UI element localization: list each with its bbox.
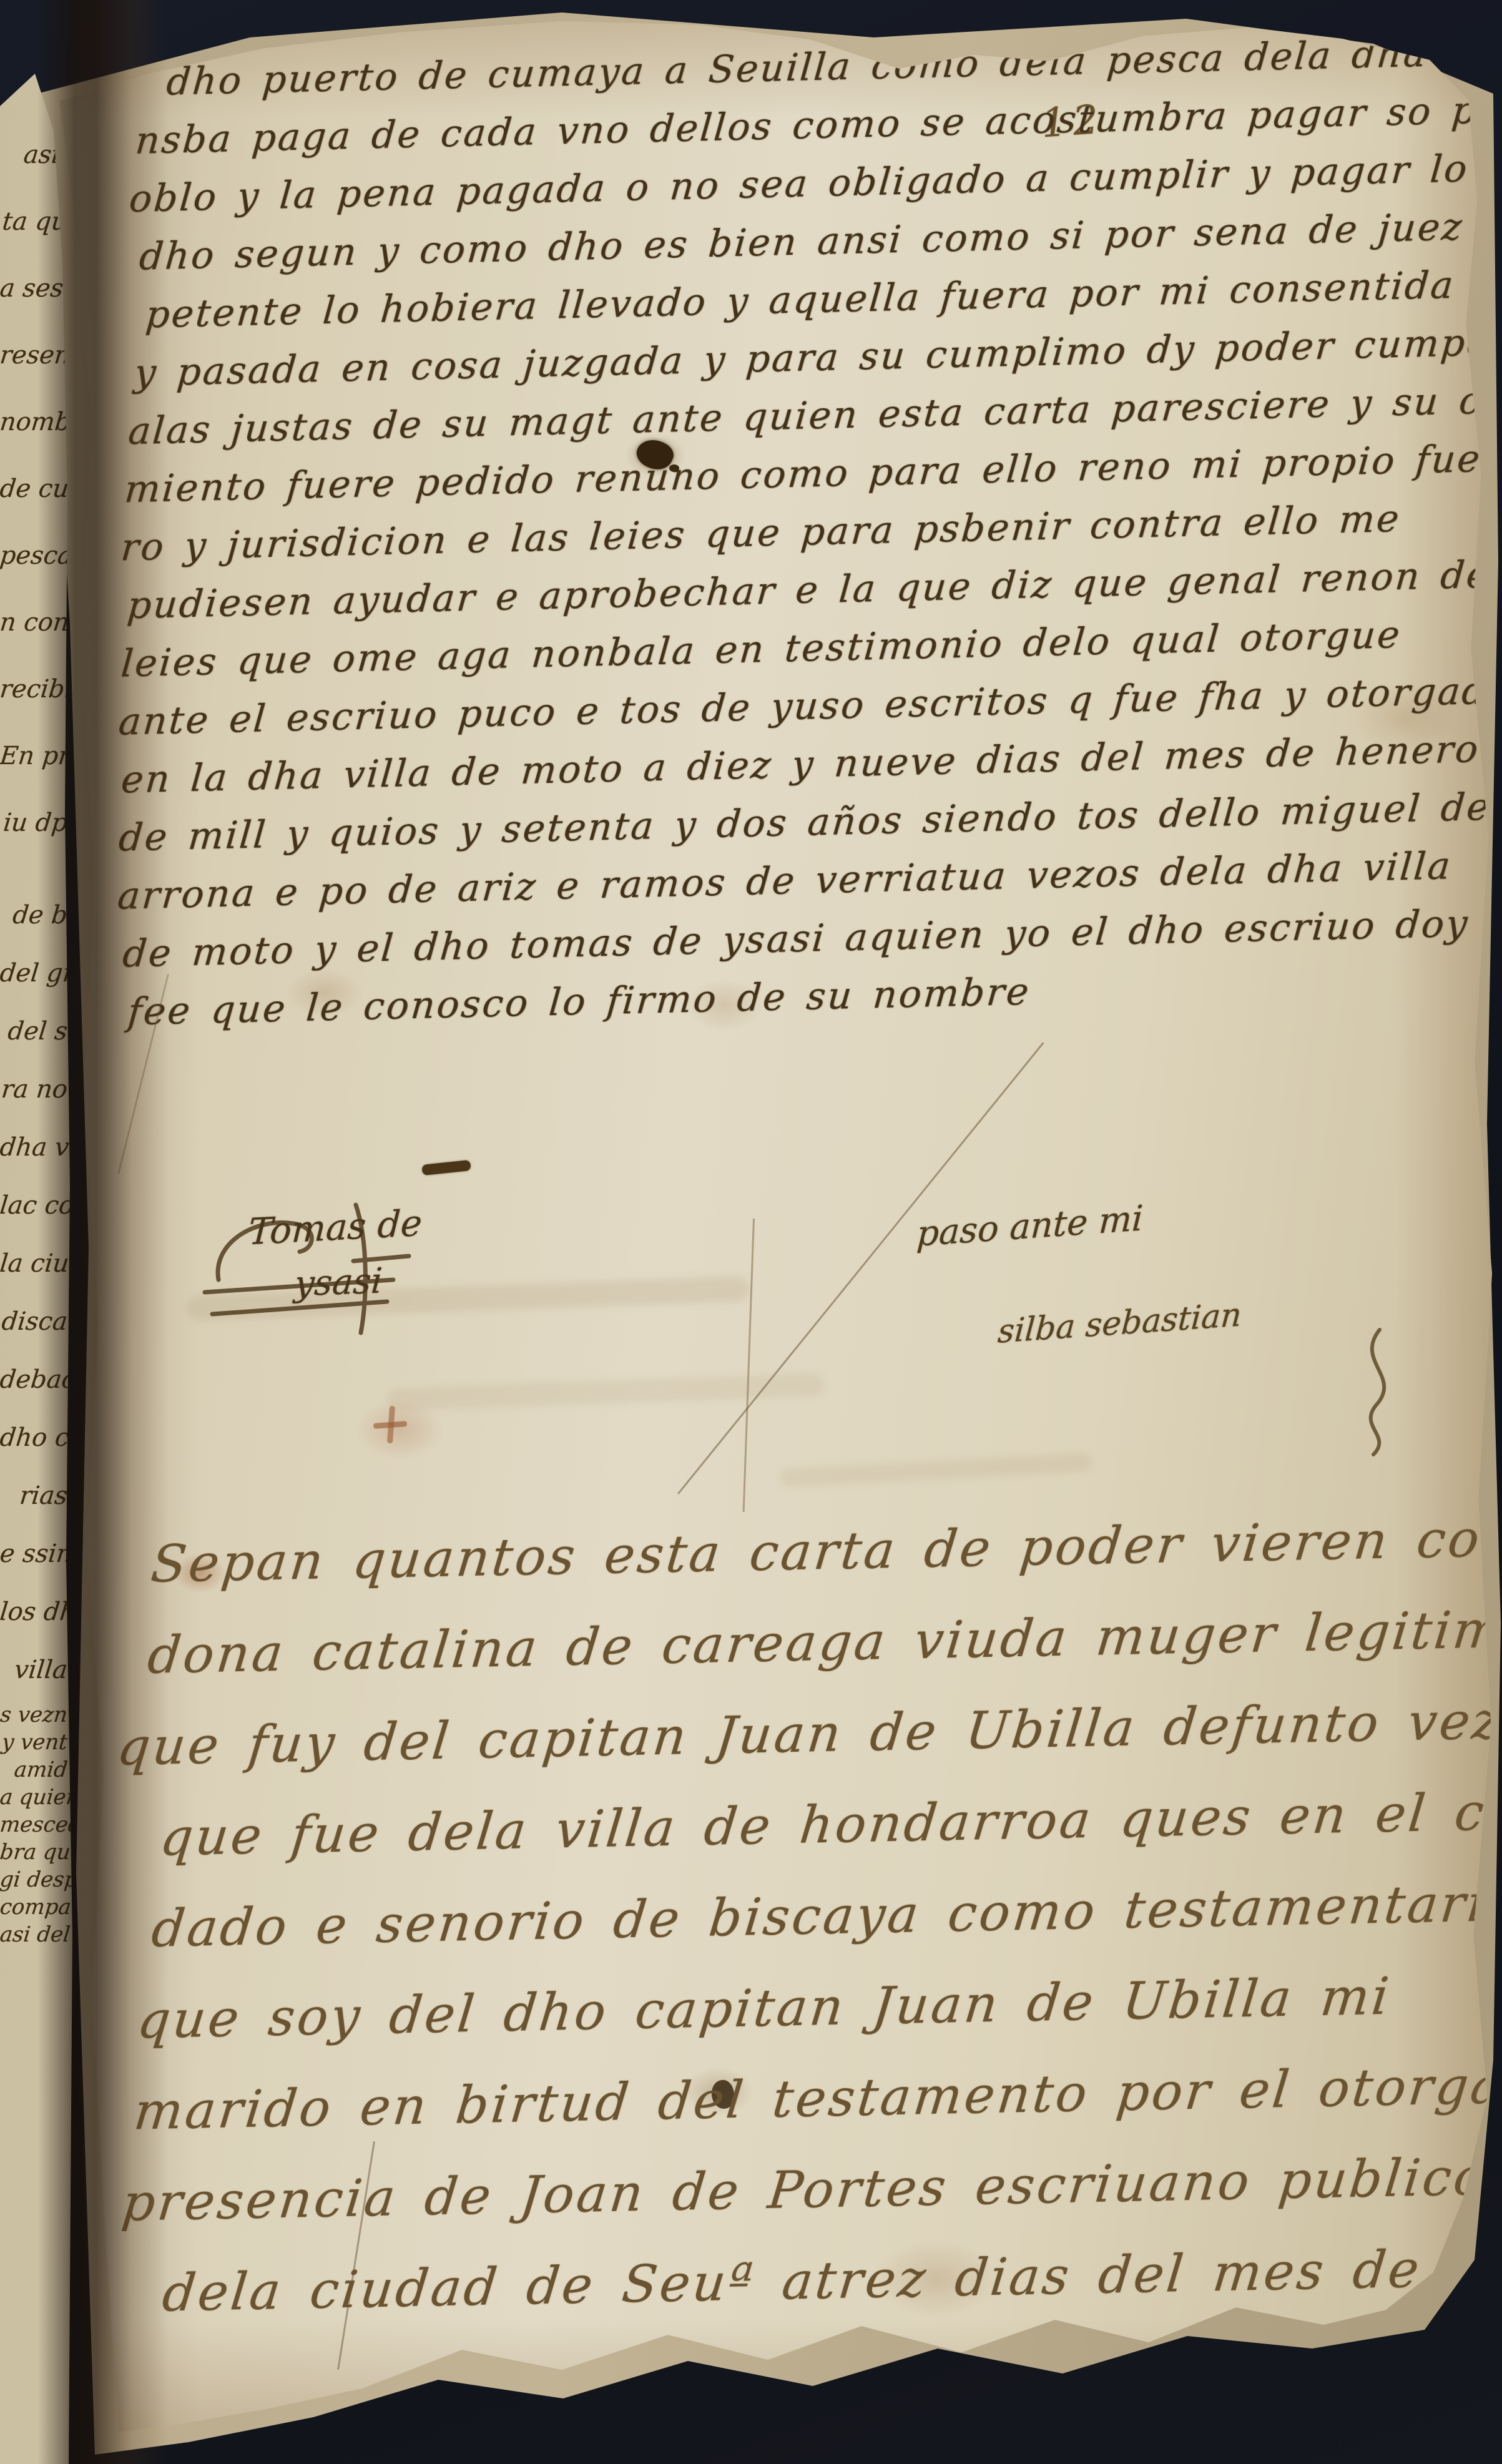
page-edge-text-fragment: resente <box>0 322 71 389</box>
page-edge-text-fragment: gi desp <box>0 1866 69 1893</box>
page-edge-text-fragment: de cu <box>0 456 71 523</box>
page-edge-text-fragment: a sesen <box>0 255 71 322</box>
page-edge-text-fragment: asi del <box>0 1921 69 1948</box>
page-edge-text-fragment: recibi <box>0 656 71 723</box>
page-edge-text-fragment: amid <box>0 1756 69 1784</box>
left-page-fragments-middle: de bdel grdel sra nodha vlac conla ciudd… <box>0 886 74 1699</box>
page-edge-text-fragment: la ciud <box>0 1235 71 1293</box>
page-edge-text-fragment: villa <box>0 1641 71 1699</box>
scratch-line <box>677 1042 1044 1495</box>
page-edge-text-fragment: pesca <box>0 523 71 589</box>
page-edge-text-fragment: dha v <box>0 1119 71 1177</box>
scratch-line <box>743 1219 755 1512</box>
page-edge-text-fragment: rias <box>0 1467 71 1525</box>
manuscript-page: 12 dho puerto de cumaya a Seuilla como d… <box>0 0 1502 2464</box>
page-edge-text-fragment: n conce <box>0 589 71 656</box>
page-edge-text-fragment: y vent <box>0 1729 69 1756</box>
page-edge-text-fragment: del s <box>0 1003 71 1061</box>
cross-mark <box>372 1406 410 1446</box>
page-edge-text-fragment: lac con <box>0 1177 71 1235</box>
witness-signature-name: Tomas de <box>247 1202 423 1254</box>
photo-background: asilta qua sesenresentenombrde cupescan … <box>0 0 1502 2464</box>
upper-act-text: dho puerto de cumaya a Seuilla como dela… <box>99 24 1481 1042</box>
witness-signature-surname: ysasi <box>293 1260 384 1304</box>
ink-showthrough <box>187 1276 750 1320</box>
page-edge-text-fragment: dho cap <box>0 1409 71 1467</box>
page-edge-text-fragment: nombr <box>0 389 71 456</box>
page-edge-text-fragment: bra que <box>0 1838 69 1866</box>
page-edge-text-fragment: del gr <box>0 945 71 1003</box>
page-edge-text-fragment: compar <box>0 1893 69 1921</box>
page-edge-text-fragment: En pri <box>0 723 71 790</box>
page-edge-text-fragment: e ssin <box>0 1525 71 1583</box>
ink-blot <box>669 464 679 472</box>
page-edge-text-fragment: iu dp <box>0 790 71 857</box>
left-page-fragments-bottom: s vezny ventamida quienmescedbra quegi d… <box>0 1701 74 1948</box>
page-edge-text-fragment: s vezn <box>0 1701 69 1729</box>
page-edge-text-fragment: a quien <box>0 1784 69 1811</box>
page-edge-text-fragment: ra no <box>0 1061 71 1119</box>
notary-signature-rubric <box>1342 1323 1417 1467</box>
page-edge-text-fragment: los dho <box>0 1583 71 1641</box>
page-edge-text-fragment: disca <box>0 1293 71 1351</box>
page-edge-text-fragment: de b <box>0 886 71 945</box>
page-edge-text-fragment: debac <box>0 1351 71 1409</box>
scribal-dash-mark <box>421 1160 471 1176</box>
notary-attestation: paso ante mi <box>916 1198 1144 1255</box>
notary-signature: silba sebastian <box>996 1296 1242 1351</box>
page-edge-text-fragment: mesced <box>0 1811 69 1838</box>
lower-act-text: Sepan quantos esta carta de poder vieren… <box>109 1494 1502 2340</box>
ink-showthrough <box>780 1453 1093 1488</box>
